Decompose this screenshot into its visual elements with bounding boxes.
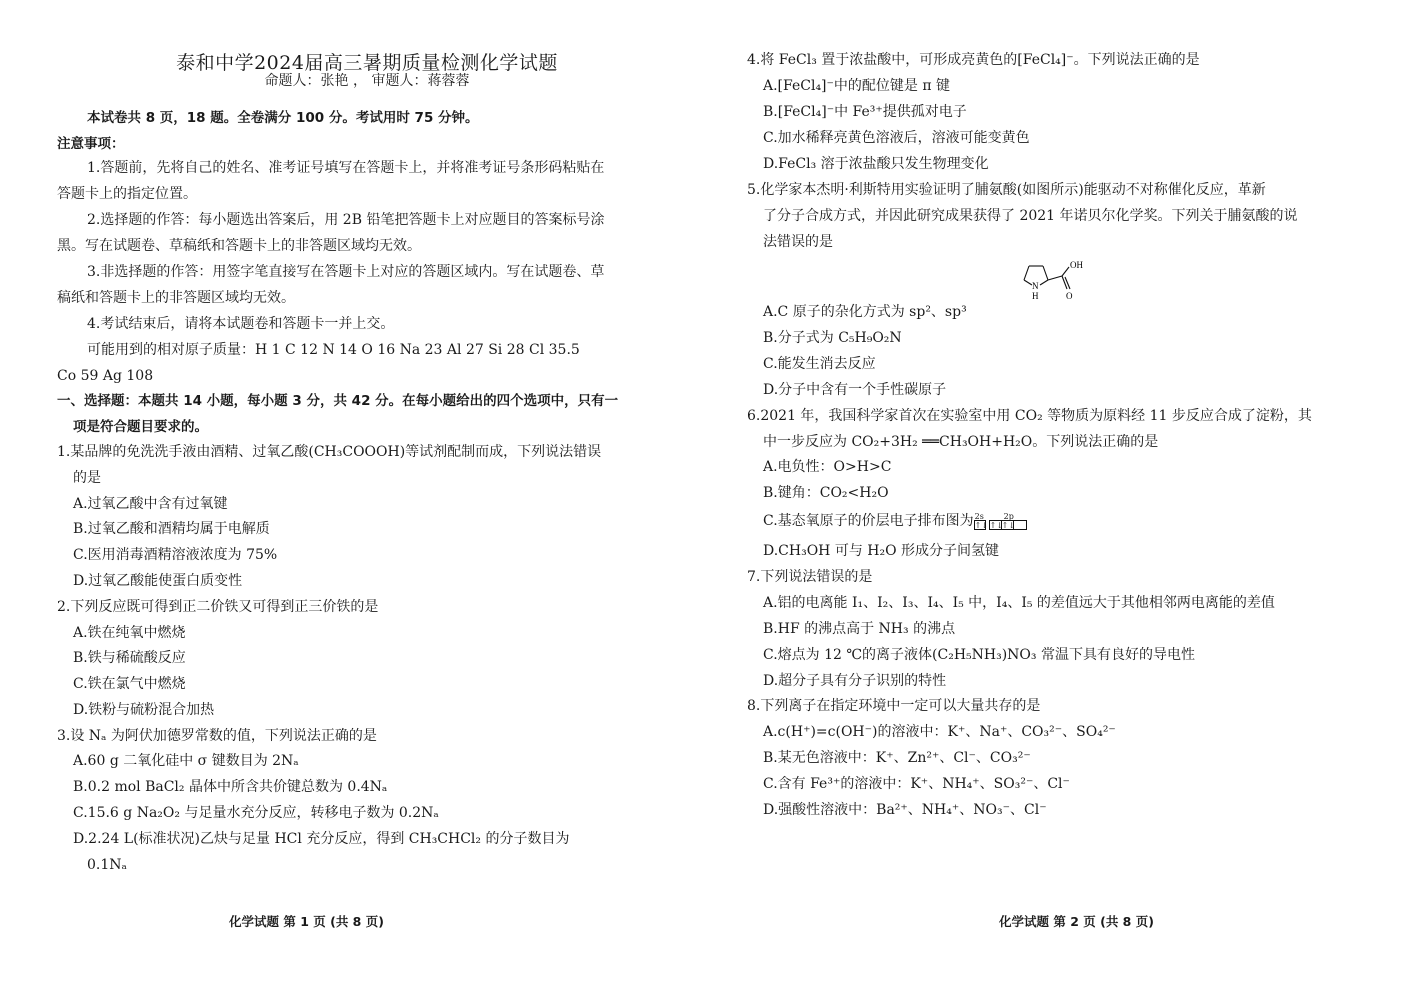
svg-text:N: N: [1032, 281, 1039, 291]
section-heading: 一、选择题：本题共 14 小题，每小题 3 分，共 42 分。在每小题给出的四个…: [57, 392, 618, 410]
question-2-option-a: A.铁在纯氧中燃烧: [73, 624, 186, 642]
page-footer: 化学试题 第 2 页 (共 8 页): [999, 912, 1154, 930]
atomic-mass-line: Co 59 Ag 108: [57, 367, 153, 385]
question-6-stem: 6.2021 年，我国科学家首次在实验室中用 CO₂ 等物质为原料经 11 步反…: [747, 407, 1312, 425]
question-8-option-c: C.含有 Fe³⁺的溶液中：K⁺、NH₄⁺、SO₃²⁻、Cl⁻: [763, 775, 1070, 793]
notice-line: 3.非选择题的作答：用签字笔直接写在答题卡上对应的答题区域内。写在试题卷、草: [87, 263, 604, 281]
exam-intro: 本试卷共 8 页，18 题。全卷满分 100 分。考试用时 75 分钟。: [87, 109, 479, 127]
question-6-option-a: A.电负性：O>H>C: [763, 458, 891, 476]
question-3-option-c: C.15.6 g Na₂O₂ 与足量水充分反应，转移电子数为 0.2Nₐ: [73, 804, 439, 822]
question-5-stem: 了分子合成方式，并因此研究成果获得了 2021 年诺贝尔化学奖。下列关于脯氨酸的…: [763, 207, 1298, 225]
svg-text:H: H: [1032, 291, 1039, 301]
question-2-option-c: C.铁在氯气中燃烧: [73, 675, 186, 693]
question-6-option-b: B.键角：CO₂<H₂O: [763, 484, 889, 502]
question-5-option-c: C.能发生消去反应: [763, 355, 876, 373]
notice-heading: 注意事项：: [57, 135, 125, 153]
question-3-option-d: D.2.24 L(标准状况)乙炔与足量 HCl 充分反应，得到 CH₃CHCl₂…: [73, 830, 569, 848]
question-8-stem: 8.下列离子在指定环境中一定可以大量共存的是: [747, 697, 1040, 715]
question-8-option-a: A.c(H⁺)=c(OH⁻)的溶液中：K⁺、Na⁺、CO₃²⁻、SO₄²⁻: [763, 723, 1116, 741]
question-2-stem: 2.下列反应既可得到正二价铁又可得到正三价铁的是: [57, 598, 378, 616]
orbital-box-2s: ↑↓: [974, 520, 986, 530]
question-1-stem: 1.某品牌的免洗洗手液由酒精、过氧乙酸(CH₃COOOH)等试剂配制而成，下列说…: [57, 443, 601, 461]
question-3-option-a: A.60 g 二氧化硅中 σ 键数目为 2Nₐ: [73, 752, 299, 770]
question-5-option-d: D.分子中含有一个手性碳原子: [763, 381, 946, 399]
question-3-option-b: B.0.2 mol BaCl₂ 晶体中所含共价键总数为 0.4Nₐ: [73, 778, 387, 796]
proline-structure-figure: OH N H O: [1017, 254, 1107, 302]
notice-line: 答题卡上的指定位置。: [57, 185, 197, 203]
question-5-option-b: B.分子式为 C₅H₉O₂N: [763, 329, 902, 347]
svg-text:O: O: [1066, 291, 1073, 301]
atomic-mass-line: 可能用到的相对原子质量：H 1 C 12 N 14 O 16 Na 23 Al …: [87, 341, 580, 359]
question-6-option-c: C.基态氧原子的价层电子排布图为 2s 2p ↑↓ ↑↓ ↑↓: [763, 510, 1046, 532]
question-7-option-b: B.HF 的沸点高于 NH₃ 的沸点: [763, 620, 955, 638]
question-2-option-d: D.铁粉与硫粉混合加热: [73, 701, 214, 719]
exam-authors: 命题人：张艳 ， 审题人：蒋蓉蓉: [57, 70, 677, 90]
svg-text:OH: OH: [1070, 260, 1083, 270]
question-4-option-c: C.加水稀释亮黄色溶液后，溶液可能变黄色: [763, 129, 1030, 147]
question-1-option-d: D.过氧乙酸能使蛋白质变性: [73, 572, 242, 590]
question-4-option-b: B.[FeCl₄]⁻中 Fe³⁺提供孤对电子: [763, 103, 967, 121]
question-8-option-b: B.某无色溶液中：K⁺、Zn²⁺、Cl⁻、CO₃²⁻: [763, 749, 1031, 767]
notice-line: 2.选择题的作答：每小题选出答案后，用 2B 铅笔把答题卡上对应题目的答案标号涂: [87, 211, 604, 229]
question-5-stem: 法错误的是: [763, 233, 833, 251]
notice-line: 1.答题前，先将自己的姓名、准考证号填写在答题卡上，并将准考证号条形码粘贴在: [87, 159, 604, 177]
question-3-option-d-cont: 0.1Nₐ: [87, 856, 127, 874]
proline-molecule-icon: OH N H O: [1017, 254, 1107, 302]
question-1-option-c: C.医用消毒酒精溶液浓度为 75%: [73, 546, 277, 564]
question-7-option-a: A.铝的电离能 I₁、I₂、I₃、I₄、I₅ 中，I₄、I₅ 的差值远大于其他相…: [763, 594, 1275, 612]
question-6-option-d: D.CH₃OH 可与 H₂O 形成分子间氢键: [763, 542, 999, 560]
question-4-stem: 4.将 FeCl₃ 置于浓盐酸中，可形成亮黄色的[FeCl₄]⁻。下列说法正确的…: [747, 51, 1200, 69]
question-1-option-a: A.过氧乙酸中含有过氧键: [73, 495, 228, 513]
question-1-option-b: B.过氧乙酸和酒精均属于电解质: [73, 520, 270, 538]
orbital-box-2p-3: [1013, 520, 1027, 530]
question-8-option-d: D.强酸性溶液中：Ba²⁺、NH₄⁺、NO₃⁻、Cl⁻: [763, 801, 1047, 819]
notice-line: 4.考试结束后，请将本试题卷和答题卡一并上交。: [87, 315, 394, 333]
page-footer: 化学试题 第 1 页 (共 8 页): [229, 912, 384, 930]
question-5-option-a: A.C 原子的杂化方式为 sp²、sp³: [763, 303, 967, 321]
question-1-stem: 的是: [73, 469, 101, 487]
section-heading: 项是符合题目要求的。: [73, 418, 208, 436]
question-3-stem: 3.设 Nₐ 为阿伏加德罗常数的值，下列说法正确的是: [57, 727, 377, 745]
notice-line: 稿纸和答题卡上的非答题区域均无效。: [57, 289, 295, 307]
question-7-stem: 7.下列说法错误的是: [747, 568, 872, 586]
question-4-option-a: A.[FeCl₄]⁻中的配位键是 π 键: [763, 77, 950, 95]
notice-line: 黑。写在试题卷、草稿纸和答题卡上的非答题区域均无效。: [57, 237, 421, 255]
question-4-option-d: D.FeCl₃ 溶于浓盐酸只发生物理变化: [763, 155, 989, 173]
question-6-stem: 中一步反应为 CO₂+3H₂ ══CH₃OH+H₂O。下列说法正确的是: [763, 433, 1158, 451]
question-2-option-b: B.铁与稀硫酸反应: [73, 649, 186, 667]
orbital-diagram: 2s 2p ↑↓ ↑↓ ↑↓: [974, 510, 1046, 532]
question-6-option-c-text: C.基态氧原子的价层电子排布图为: [763, 513, 974, 529]
question-7-option-c: C.熔点为 12 ℃的离子液体(C₂H₅NH₃)NO₃ 常温下具有良好的导电性: [763, 646, 1195, 664]
question-5-stem: 5.化学家本杰明·利斯特用实验证明了脯氨酸(如图所示)能驱动不对称催化反应，革新: [747, 181, 1266, 199]
question-7-option-d: D.超分子具有分子识别的特性: [763, 672, 946, 690]
